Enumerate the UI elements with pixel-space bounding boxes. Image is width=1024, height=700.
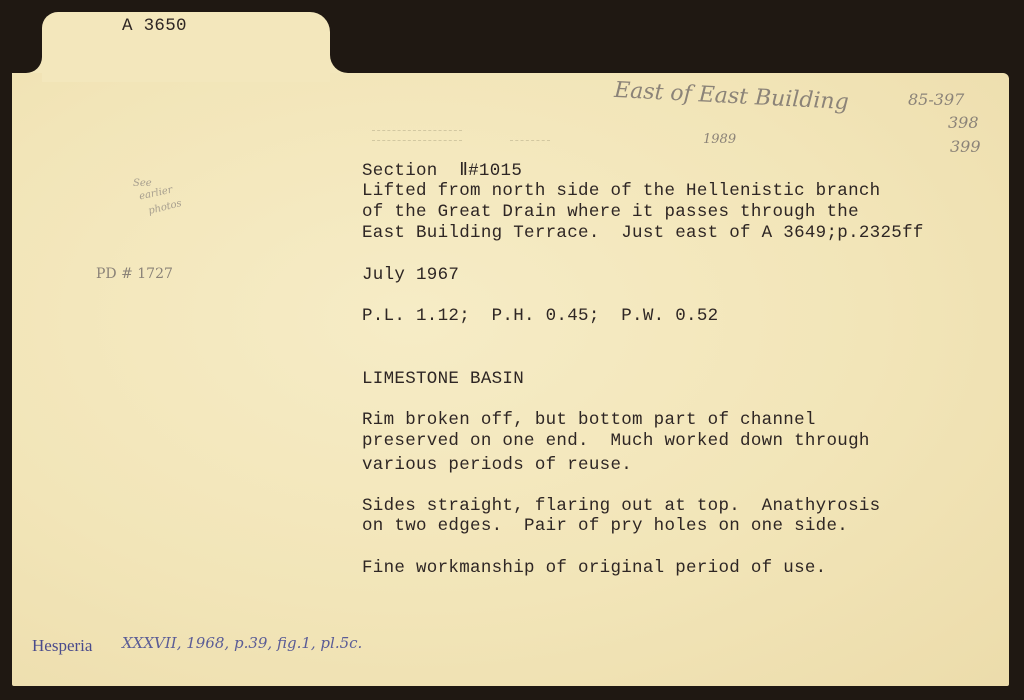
tab-cut-left bbox=[12, 40, 42, 73]
photo-number-1: 85-397 bbox=[908, 90, 964, 109]
erased-line bbox=[372, 130, 462, 132]
section-number: Section Ⅱ#1015 bbox=[362, 161, 522, 182]
provenance-line-2: of the Great Drain where it passes throu… bbox=[362, 202, 859, 223]
publication-reference: XXXVII, 1968, p.39, fig.1, pl.5c. bbox=[122, 634, 362, 652]
erased-line bbox=[510, 140, 550, 142]
see-note-1: See bbox=[133, 178, 152, 189]
description-line: on two edges. Pair of pry holes on one s… bbox=[362, 516, 848, 537]
hesperia-stamp: Hesperia bbox=[32, 636, 92, 656]
description-line: Sides straight, flaring out at top. Anat… bbox=[362, 496, 880, 517]
dimensions: P.L. 1.12; P.H. 0.45; P.W. 0.52 bbox=[362, 306, 718, 327]
photo-number-2: 398 bbox=[948, 113, 979, 132]
object-title: LIMESTONE BASIN bbox=[362, 369, 524, 390]
provenance-line-1: Lifted from north side of the Hellenisti… bbox=[362, 181, 880, 202]
pd-number: PD # 1727 bbox=[96, 266, 173, 282]
catalog-number: A 3650 bbox=[122, 16, 187, 37]
description-line: Rim broken off, but bottom part of chann… bbox=[362, 410, 816, 431]
erased-line bbox=[372, 140, 462, 142]
year-note: 1989 bbox=[703, 132, 736, 147]
tab-cut-right bbox=[330, 40, 370, 73]
description-line: various periods of reuse. bbox=[362, 455, 632, 476]
photo-number-3: 399 bbox=[950, 137, 981, 156]
description-line: Fine workmanship of original period of u… bbox=[362, 558, 826, 579]
date: July 1967 bbox=[362, 265, 459, 286]
provenance-line-3: East Building Terrace. Just east of A 36… bbox=[362, 223, 924, 244]
description-line: preserved on one end. Much worked down t… bbox=[362, 431, 870, 452]
